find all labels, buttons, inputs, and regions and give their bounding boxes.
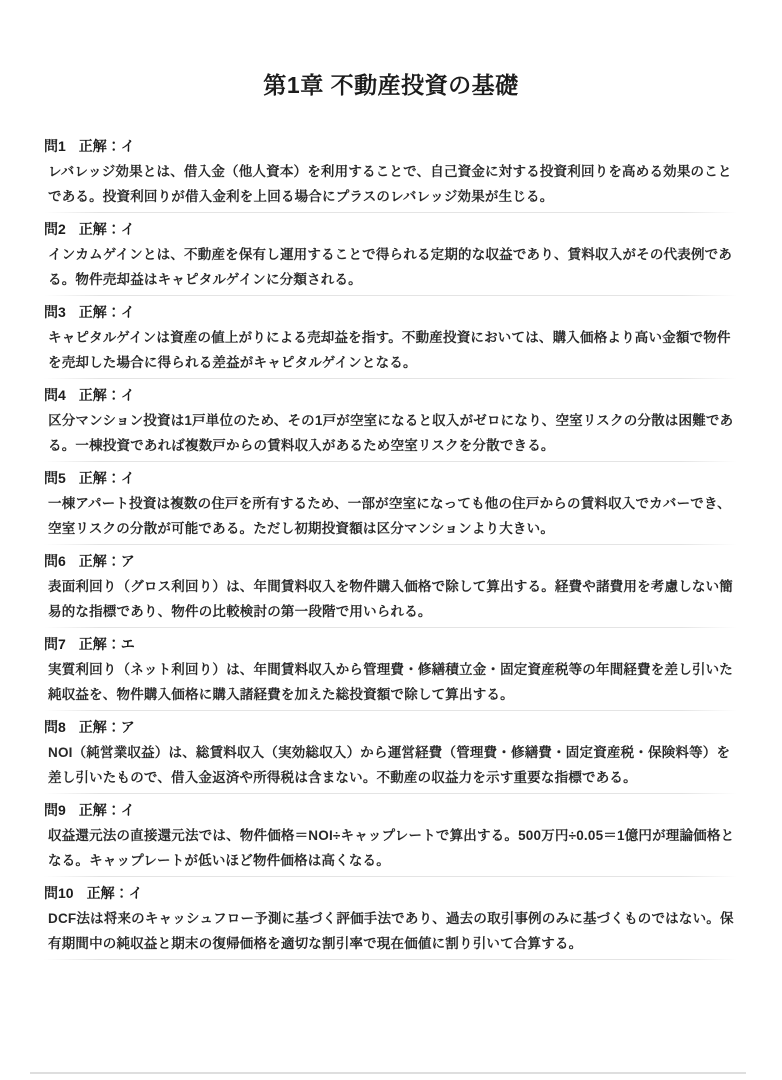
- section-divider: [44, 793, 737, 794]
- question-answer: 正解：イ: [79, 221, 135, 237]
- section-divider: [44, 461, 737, 462]
- qa-section-4: 問4正解：イ 区分マンション投資は1戸単位のため、その1戸が空室になると収入がゼ…: [44, 383, 737, 462]
- question-header: 問1正解：イ: [44, 134, 737, 159]
- question-number: 問3: [44, 300, 66, 325]
- qa-section-10: 問10正解：イ DCF法は将来のキャッシュフロー予測に基づく評価手法であり、過去…: [44, 881, 737, 960]
- question-number: 問4: [44, 383, 66, 408]
- qa-section-3: 問3正解：イ キャピタルゲインは資産の値上がりによる売却益を指す。不動産投資にお…: [44, 300, 737, 379]
- question-answer: 正解：イ: [79, 304, 135, 320]
- question-answer: 正解：イ: [79, 470, 135, 486]
- answer-key-content: 問1正解：イ レバレッジ効果とは、借入金（他人資本）を利用することで、自己資金に…: [0, 100, 782, 960]
- question-answer: 正解：ア: [79, 553, 135, 569]
- qa-section-9: 問9正解：イ 収益還元法の直接還元法では、物件価格＝NOI÷キャップレートで算出…: [44, 798, 737, 877]
- qa-section-1: 問1正解：イ レバレッジ効果とは、借入金（他人資本）を利用することで、自己資金に…: [44, 134, 737, 213]
- section-divider: [44, 876, 737, 877]
- question-number: 問6: [44, 549, 66, 574]
- section-divider: [44, 212, 737, 213]
- qa-section-8: 問8正解：ア NOI（純営業収益）は、総賃料収入（実効総収入）から運営経費（管理…: [44, 715, 737, 794]
- question-explanation: DCF法は将来のキャッシュフロー予測に基づく評価手法であり、過去の取引事例のみに…: [44, 906, 737, 956]
- question-answer: 正解：イ: [79, 387, 135, 403]
- question-number: 問5: [44, 466, 66, 491]
- qa-section-7: 問7正解：エ 実質利回り（ネット利回り）は、年間賃料収入から管理費・修繕積立金・…: [44, 632, 737, 711]
- question-number: 問2: [44, 217, 66, 242]
- question-explanation: キャピタルゲインは資産の値上がりによる売却益を指す。不動産投資においては、購入価…: [44, 325, 737, 375]
- qa-section-6: 問6正解：ア 表面利回り（グロス利回り）は、年間賃料収入を物件購入価格で除して算…: [44, 549, 737, 628]
- question-explanation: インカムゲインとは、不動産を保有し運用することで得られる定期的な収益であり、賃料…: [44, 242, 737, 292]
- page-bottom-divider: [30, 1072, 746, 1074]
- qa-section-2: 問2正解：イ インカムゲインとは、不動産を保有し運用することで得られる定期的な収…: [44, 217, 737, 296]
- question-number: 問10: [44, 881, 74, 906]
- question-answer: 正解：イ: [87, 885, 143, 901]
- question-answer: 正解：イ: [79, 802, 135, 818]
- question-explanation: レバレッジ効果とは、借入金（他人資本）を利用することで、自己資金に対する投資利回…: [44, 159, 737, 209]
- question-explanation: 一棟アパート投資は複数の住戸を所有するため、一部が空室になっても他の住戸からの賃…: [44, 491, 737, 541]
- question-header: 問10正解：イ: [44, 881, 737, 906]
- question-explanation: 収益還元法の直接還元法では、物件価格＝NOI÷キャップレートで算出する。500万…: [44, 823, 737, 873]
- question-number: 問9: [44, 798, 66, 823]
- question-number: 問8: [44, 715, 66, 740]
- question-header: 問6正解：ア: [44, 549, 737, 574]
- section-divider: [44, 544, 737, 545]
- question-explanation: 実質利回り（ネット利回り）は、年間賃料収入から管理費・修繕積立金・固定資産税等の…: [44, 657, 737, 707]
- question-number: 問1: [44, 134, 66, 159]
- question-header: 問9正解：イ: [44, 798, 737, 823]
- question-explanation: 区分マンション投資は1戸単位のため、その1戸が空室になると収入がゼロになり、空室…: [44, 408, 737, 458]
- question-answer: 正解：ア: [79, 719, 135, 735]
- section-divider: [44, 959, 737, 960]
- question-header: 問8正解：ア: [44, 715, 737, 740]
- question-header: 問4正解：イ: [44, 383, 737, 408]
- page-title: 第1章 不動産投資の基礎: [0, 0, 782, 100]
- section-divider: [44, 627, 737, 628]
- section-divider: [44, 710, 737, 711]
- section-divider: [44, 378, 737, 379]
- question-header: 問3正解：イ: [44, 300, 737, 325]
- question-answer: 正解：エ: [79, 636, 135, 652]
- qa-section-5: 問5正解：イ 一棟アパート投資は複数の住戸を所有するため、一部が空室になっても他…: [44, 466, 737, 545]
- question-header: 問7正解：エ: [44, 632, 737, 657]
- section-divider: [44, 295, 737, 296]
- question-answer: 正解：イ: [79, 138, 135, 154]
- question-number: 問7: [44, 632, 66, 657]
- question-explanation: 表面利回り（グロス利回り）は、年間賃料収入を物件購入価格で除して算出する。経費や…: [44, 574, 737, 624]
- question-explanation: NOI（純営業収益）は、総賃料収入（実効総収入）から運営経費（管理費・修繕費・固…: [44, 740, 737, 790]
- question-header: 問5正解：イ: [44, 466, 737, 491]
- question-header: 問2正解：イ: [44, 217, 737, 242]
